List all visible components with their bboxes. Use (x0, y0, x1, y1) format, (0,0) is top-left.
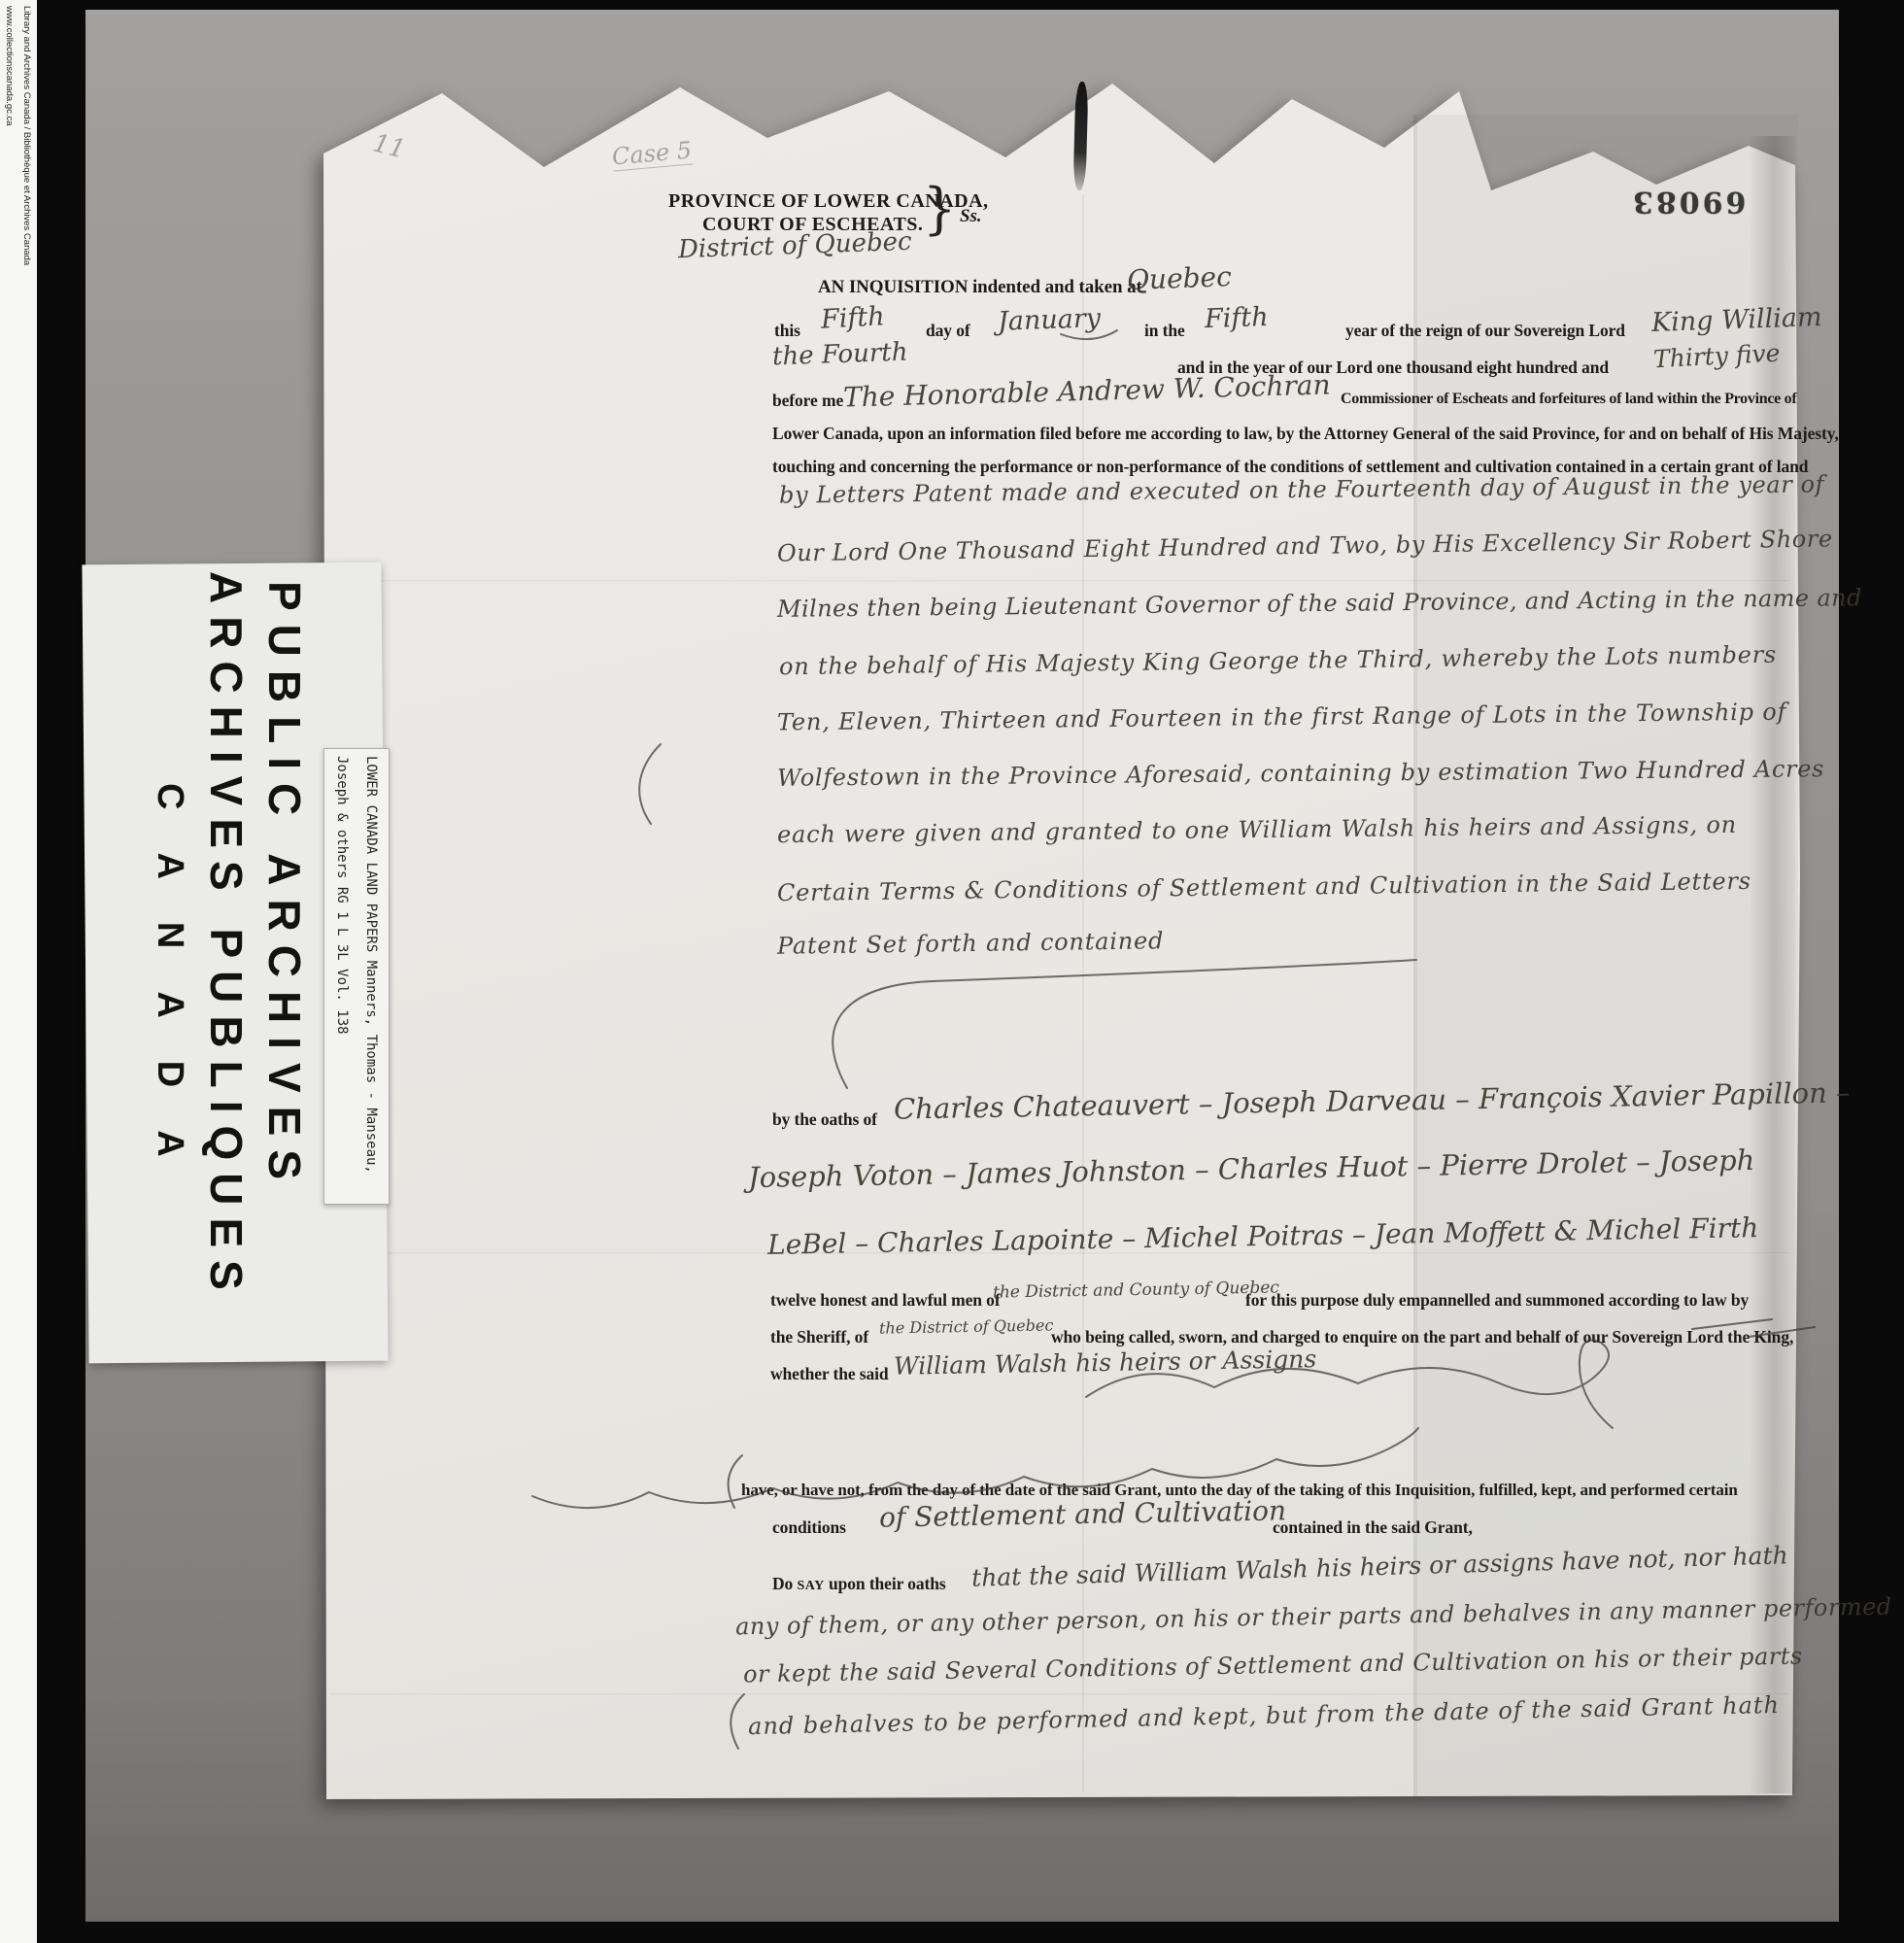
reference-label-text: LOWER CANADA LAND PAPERS Manners, Thomas… (327, 756, 386, 1174)
card-title-french: ARCHIVES PUBLIQUES (200, 571, 253, 1303)
printed-day-of: day of (926, 321, 970, 341)
king-handwriting: King William (1651, 302, 1823, 338)
inquisition-printed: AN INQUISITION indented and taken at (818, 277, 1142, 298)
paper-crease (330, 580, 1789, 583)
printed-by-oaths: by the oaths of (772, 1109, 877, 1130)
printed-in-the: in the (1144, 321, 1185, 341)
say-word: SAY (797, 1579, 824, 1593)
printed-sworn-charged: who being called, sworn, and charged to … (1051, 1327, 1793, 1347)
printed-commissioner-title: Commissioner of Escheats and forfeitures… (1341, 391, 1796, 408)
printed-empannelled: for this purpose duly empannelled and su… (1245, 1290, 1749, 1311)
printed-this: this (774, 321, 800, 341)
printed-contained-grant: contained in the said Grant, (1273, 1517, 1473, 1538)
do-word: Do (772, 1574, 793, 1593)
card-title-english: PUBLIC ARCHIVES (258, 581, 311, 1193)
month-handwriting: January (997, 303, 1101, 337)
archive-url-text: www.collectionscanada.gc.ca (4, 6, 15, 126)
printed-paragraph-1: Lower Canada, upon an information filed … (772, 424, 1839, 444)
printed-conditions: conditions (772, 1517, 846, 1538)
reference-label-line1: LOWER CANADA LAND PAPERS Manners, Thomas… (357, 756, 386, 1174)
header-brace: } (923, 182, 956, 237)
reference-label-line2: Joseph & others RG 1 L 3L Vol. 138 (327, 756, 357, 1174)
archive-credit-text: Library and Archives Canada / Bibliothèq… (21, 6, 32, 265)
card-country: CANADA (149, 783, 190, 1200)
oaths-rest: upon their oaths (829, 1574, 946, 1593)
scanned-document-page: Library and Archives Canada / Bibliothèq… (0, 0, 1904, 1943)
printed-sheriff: the Sheriff, of (770, 1327, 868, 1347)
printed-do-say: Do SAY upon their oaths (772, 1574, 946, 1594)
printed-before-me: before me (772, 391, 843, 411)
body-handwriting-line: Patent Set forth and contained (777, 927, 1165, 960)
printed-reign: year of the reign of our Sovereign Lord (1345, 321, 1625, 341)
scan-edge-strip (0, 0, 37, 1943)
regnal-year-handwriting: Fifth (1204, 302, 1269, 334)
inquisition-place-handwriting: Quebec (1126, 260, 1232, 296)
printed-twelve-men: twelve honest and lawful men of (770, 1290, 1001, 1311)
fourth-handwriting: the Fourth (772, 338, 908, 372)
day-handwriting: Fifth (820, 301, 885, 334)
printed-whether-said: whether the said (770, 1364, 889, 1384)
header-ss: Ss. (960, 206, 981, 227)
archive-stamp-number: 69083 (1630, 185, 1746, 219)
sheriff-district-handwriting: the District of Quebec (879, 1315, 1054, 1337)
